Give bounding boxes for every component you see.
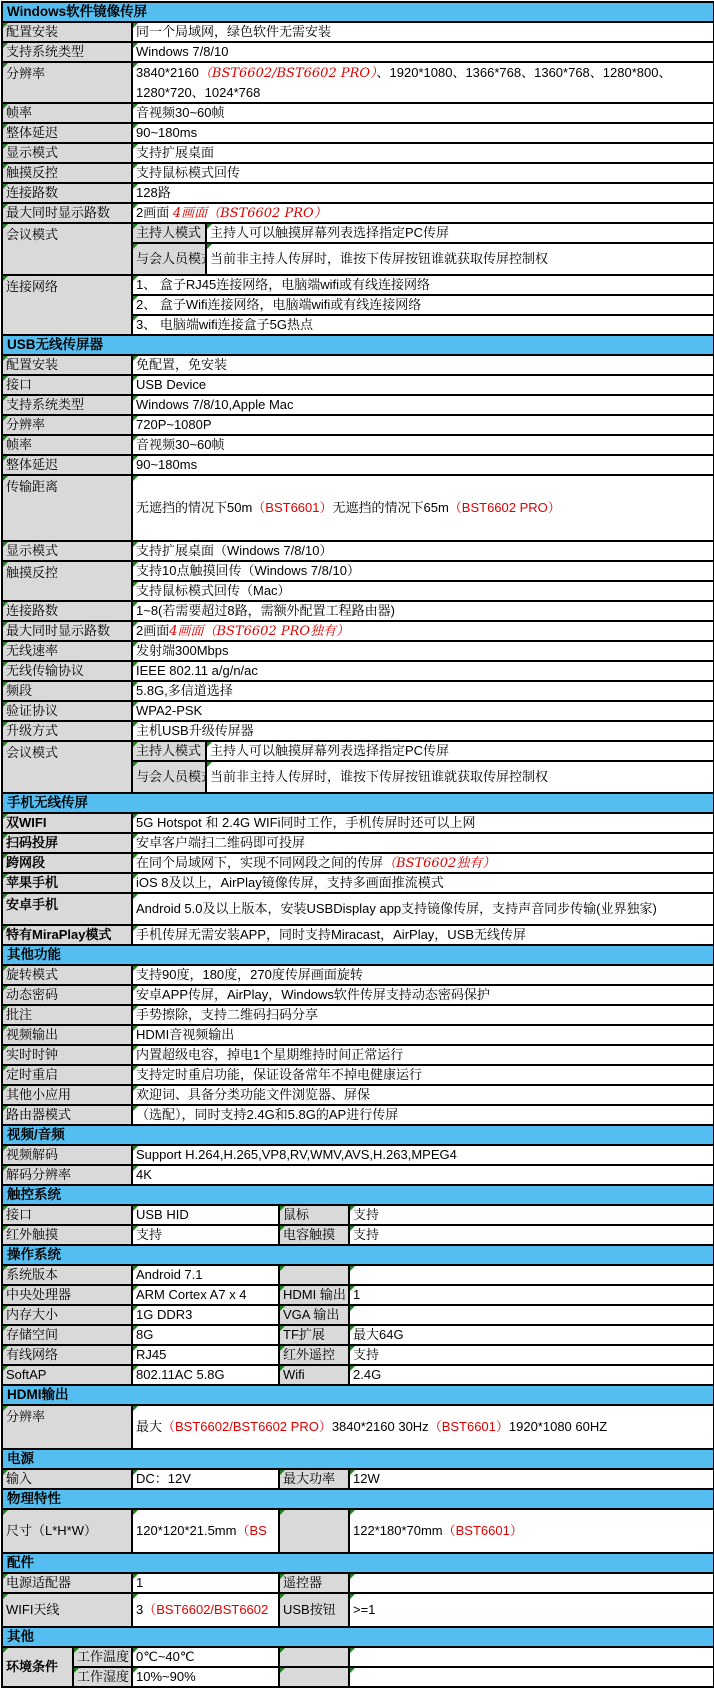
spec-row: 接口USB HID鼠标支持 bbox=[2, 1205, 714, 1225]
section-header-row: 其他 bbox=[2, 1627, 714, 1647]
cell-flag-icon bbox=[280, 1470, 285, 1475]
spec-row: 支持系统类型Windows 7/8/10 bbox=[2, 42, 714, 62]
cell-text: （BST6602 PRO） bbox=[449, 500, 561, 515]
cell-flag-icon bbox=[3, 702, 8, 707]
cell-text: Windows 7/8/10,Apple Mac bbox=[136, 397, 294, 412]
spec-value-cell: 主持人可以触摸屏幕列表选择指定PC传屏 bbox=[206, 741, 714, 761]
spec-label-cell: 路由器模式 bbox=[2, 1105, 132, 1125]
spec-row: 最大同时显示路数2画面 4画面（BST6602 PRO） bbox=[2, 203, 714, 223]
cell-text: 解码分辨率 bbox=[6, 1167, 71, 1182]
cell-flag-icon bbox=[3, 602, 8, 607]
spec-label-cell bbox=[279, 1265, 349, 1285]
cell-flag-icon bbox=[133, 874, 138, 879]
spec-label-cell: 实时时钟 bbox=[2, 1045, 132, 1065]
spec-label-cell: 电容触摸 bbox=[279, 1225, 349, 1245]
spec-value-cell: 手机传屏无需安装APP，同时支持Miracast，AirPlay，USB无线传屏 bbox=[132, 925, 714, 945]
cell-text: （BST6601） bbox=[443, 1523, 523, 1538]
spec-label-cell: 接口 bbox=[2, 375, 132, 395]
cell-flag-icon bbox=[133, 926, 138, 931]
spec-label-cell: 特有MiraPlay模式 bbox=[2, 925, 132, 945]
spec-label-cell: TF扩展 bbox=[279, 1325, 349, 1345]
cell-text: 鼠标 bbox=[283, 1207, 309, 1222]
cell-flag-icon bbox=[3, 124, 8, 129]
cell-text: （BS bbox=[236, 1523, 266, 1538]
cell-text: 旋转模式 bbox=[6, 967, 58, 982]
cell-flag-icon bbox=[133, 1286, 138, 1291]
cell-text: 1G DDR3 bbox=[136, 1307, 192, 1322]
cell-text: 会议模式 bbox=[6, 745, 58, 760]
cell-flag-icon bbox=[133, 1146, 138, 1151]
cell-flag-icon bbox=[133, 622, 138, 627]
cell-text: 在同个局域网下，实现不同网段之间的传屏 bbox=[136, 855, 383, 870]
spec-row: WIFI天线3（BST6602/BST6602USB按钮>=1 bbox=[2, 1593, 714, 1627]
cell-flag-icon bbox=[133, 834, 138, 839]
spec-label-cell: WIFI天线 bbox=[2, 1593, 132, 1627]
cell-text: 2.4G bbox=[353, 1367, 381, 1382]
spec-value-cell: 支持定时重启功能，保证设备常年不掉电健康运行 bbox=[132, 1065, 714, 1085]
spec-row: 配置安装同一个局域网，绿色软件无需安装 bbox=[2, 22, 714, 42]
spec-value-cell: 4K bbox=[132, 1165, 714, 1185]
spec-label-cell: 配置安装 bbox=[2, 355, 132, 375]
cell-text: 1、 盒子RJ45连接网络，电脑端wifi或有线连接网络 bbox=[136, 277, 430, 292]
cell-flag-icon bbox=[3, 1206, 8, 1211]
spec-value-cell: >=1 bbox=[349, 1593, 714, 1627]
cell-flag-icon bbox=[280, 1286, 285, 1291]
spec-label-cell: 连接路数 bbox=[2, 601, 132, 621]
cell-text: 1~8(若需要超过8路，需额外配置工程路由器) bbox=[136, 603, 395, 618]
cell-text: 输入 bbox=[6, 1471, 32, 1486]
cell-text: 系统版本 bbox=[6, 1267, 58, 1282]
spec-label-cell: 红外遥控 bbox=[279, 1345, 349, 1365]
cell-flag-icon bbox=[3, 1106, 8, 1111]
cell-flag-icon bbox=[3, 1286, 8, 1291]
cell-flag-icon bbox=[3, 1046, 8, 1051]
spec-label-cell: 双WIFI bbox=[2, 813, 132, 833]
cell-text: 无遮挡的情况下50m bbox=[136, 500, 252, 515]
spec-label-cell: 配置安装 bbox=[2, 22, 132, 42]
spec-row: 尺寸（L*H*W）120*120*21.5mm（BS122*180*70mm（B… bbox=[2, 1509, 714, 1553]
cell-flag-icon bbox=[133, 1066, 138, 1071]
cell-text: 苹果手机 bbox=[6, 875, 58, 890]
spec-value-cell: 122*180*70mm（BST6601） bbox=[349, 1509, 714, 1553]
cell-flag-icon bbox=[133, 562, 138, 567]
cell-text: 显示模式 bbox=[6, 543, 58, 558]
cell-flag-icon bbox=[133, 894, 138, 899]
spec-row: 接口USB Device bbox=[2, 375, 714, 395]
cell-flag-icon bbox=[280, 1206, 285, 1211]
cell-flag-icon bbox=[133, 854, 138, 859]
cell-text: 安卓手机 bbox=[6, 897, 58, 912]
cell-flag-icon bbox=[350, 1306, 355, 1311]
cell-flag-icon bbox=[3, 894, 8, 899]
cell-text: 遥控器 bbox=[283, 1575, 322, 1590]
section-header-row: 手机无线传屏 bbox=[2, 793, 714, 813]
spec-label-cell: 环境条件 bbox=[2, 1647, 73, 1687]
cell-flag-icon bbox=[133, 1206, 138, 1211]
spec-value-cell: 1 bbox=[132, 1573, 279, 1593]
spec-row: 解码分辨率4K bbox=[2, 1165, 714, 1185]
cell-text: iOS 8及以上，AirPlay镜像传屏，支持多画面推流模式 bbox=[136, 875, 444, 890]
cell-text: 安卓客户端扫二维码即可投屏 bbox=[136, 835, 305, 850]
spec-label-cell: 升级方式 bbox=[2, 721, 132, 741]
cell-text: 128路 bbox=[136, 185, 171, 200]
spec-label-cell: 扫码投屏 bbox=[2, 833, 132, 853]
cell-text: 120*120*21.5mm bbox=[136, 1523, 236, 1538]
cell-text: 802.11AC 5.8G bbox=[136, 1367, 225, 1382]
section: 视频/音频视频解码Support H.264,H.265,VP8,RV,WMV,… bbox=[2, 1125, 714, 1185]
spec-row: 工作湿度10%~90% bbox=[2, 1667, 714, 1687]
spec-value-cell: 12W bbox=[349, 1469, 714, 1489]
section: Windows软件镜像传屏配置安装同一个局域网，绿色软件无需安装支持系统类型Wi… bbox=[2, 2, 714, 335]
cell-text: 有线网络 bbox=[6, 1347, 58, 1362]
spec-value-cell: WPA2-PSK bbox=[132, 701, 714, 721]
spec-label-cell: 旋转模式 bbox=[2, 965, 132, 985]
cell-flag-icon bbox=[133, 1266, 138, 1271]
spec-row: 实时时钟内置超级电容，掉电1个星期维持时间正常运行 bbox=[2, 1045, 714, 1065]
spec-label-cell: 帧率 bbox=[2, 435, 132, 455]
cell-text: 发射端300Mbps bbox=[136, 643, 228, 658]
cell-text: 与会人员模式 bbox=[136, 251, 206, 266]
cell-text: 帧率 bbox=[6, 437, 32, 452]
cell-text: HDMI音视频输出 bbox=[136, 1027, 234, 1042]
spec-label-cell: 整体延迟 bbox=[2, 455, 132, 475]
cell-flag-icon bbox=[133, 582, 138, 587]
spec-label-cell: 输入 bbox=[2, 1469, 132, 1489]
spec-value-cell: 最大64G bbox=[349, 1325, 714, 1345]
cell-flag-icon bbox=[133, 542, 138, 547]
cell-text: 与会人员模式 bbox=[136, 769, 206, 784]
cell-text: USB按钮 bbox=[283, 1602, 336, 1617]
section-header-row: 物理特性 bbox=[2, 1489, 714, 1509]
cell-text: 2画面 bbox=[136, 623, 169, 638]
section-header-row: HDMI输出 bbox=[2, 1385, 714, 1405]
cell-text: 尺寸（L*H*W） bbox=[6, 1523, 97, 1538]
cell-flag-icon bbox=[3, 1306, 8, 1311]
spec-row: 整体延迟90~180ms bbox=[2, 123, 714, 143]
spec-value-cell: Android 5.0及以上版本，安装USBDisplay app支持镜像传屏，… bbox=[132, 893, 714, 925]
cell-flag-icon bbox=[3, 1026, 8, 1031]
cell-text: 支持鼠标模式回传（Mac） bbox=[136, 583, 291, 598]
spec-value-cell: 3、 电脑端wifi连接盒子5G热点 bbox=[132, 315, 714, 335]
cell-text: 动态密码 bbox=[6, 987, 58, 1002]
cell-flag-icon bbox=[3, 43, 8, 48]
section-header: 物理特性 bbox=[2, 1489, 714, 1509]
spec-label-cell: 会议模式 bbox=[2, 741, 132, 793]
cell-text: 12W bbox=[353, 1471, 380, 1486]
cell-text: 5G Hotspot 和 2.4G WIFi同时工作，手机传屏时还可以上网 bbox=[136, 815, 476, 830]
cell-flag-icon bbox=[133, 376, 138, 381]
cell-flag-icon bbox=[133, 244, 138, 249]
cell-text: 双WIFI bbox=[6, 815, 46, 830]
spec-label-cell: 批注 bbox=[2, 1005, 132, 1025]
cell-text: 主持人模式 bbox=[136, 743, 201, 758]
cell-text: 8G bbox=[136, 1327, 153, 1342]
spec-value-cell: RJ45 bbox=[132, 1345, 279, 1365]
spec-value-cell: 支持扩展桌面 bbox=[132, 143, 714, 163]
cell-text: 最大 bbox=[136, 1419, 162, 1434]
section-header-row: 电源 bbox=[2, 1449, 714, 1469]
cell-flag-icon bbox=[3, 476, 8, 481]
cell-text: 支持鼠标模式回传 bbox=[136, 165, 240, 180]
section-header: 视频/音频 bbox=[2, 1125, 714, 1145]
cell-flag-icon bbox=[3, 1406, 8, 1411]
spec-row: 频段5.8G,多信道选择 bbox=[2, 681, 714, 701]
spec-label-cell: 系统版本 bbox=[2, 1265, 132, 1285]
section: 其他环境条件工作温度0℃~40℃工作湿度10%~90% bbox=[2, 1627, 714, 1687]
cell-flag-icon bbox=[3, 854, 8, 859]
cell-flag-icon bbox=[3, 1066, 8, 1071]
spec-value-cell: 当前非主持人传屏时，谁按下传屏按钮谁就获取传屏控制权 bbox=[206, 243, 714, 275]
spec-row: 扫码投屏安卓客户端扫二维码即可投屏 bbox=[2, 833, 714, 853]
spec-row: 分辨率720P~1080P bbox=[2, 415, 714, 435]
cell-text: 配置安装 bbox=[6, 24, 58, 39]
cell-text: DC：12V bbox=[136, 1471, 191, 1486]
cell-flag-icon bbox=[133, 104, 138, 109]
section: 触控系统接口USB HID鼠标支持红外触摸支持电容触摸支持 bbox=[2, 1185, 714, 1245]
spec-label-cell: 验证协议 bbox=[2, 701, 132, 721]
cell-text: 电容触摸 bbox=[283, 1227, 335, 1242]
spec-value-cell: 1、 盒子RJ45连接网络，电脑端wifi或有线连接网络 bbox=[132, 275, 714, 295]
cell-flag-icon bbox=[133, 1574, 138, 1579]
section: 物理特性尺寸（L*H*W）120*120*21.5mm（BS122*180*70… bbox=[2, 1489, 714, 1553]
spec-value-cell: 1G DDR3 bbox=[132, 1305, 279, 1325]
spec-value-cell: 免配置，免安装 bbox=[132, 355, 714, 375]
cell-flag-icon bbox=[3, 642, 8, 647]
cell-flag-icon bbox=[133, 1346, 138, 1351]
spec-value-cell: 90~180ms bbox=[132, 123, 714, 143]
cell-flag-icon bbox=[207, 244, 212, 249]
cell-flag-icon bbox=[350, 1366, 355, 1371]
cell-text: 2、 盒子Wifi连接网络，电脑端wifi或有线连接网络 bbox=[136, 297, 421, 312]
cell-text: 整体延迟 bbox=[6, 125, 58, 140]
section-header: 手机无线传屏 bbox=[2, 793, 714, 813]
cell-flag-icon bbox=[133, 436, 138, 441]
spec-value-cell: HDMI音视频输出 bbox=[132, 1025, 714, 1045]
spec-value-cell: 无遮挡的情况下50m（BST6601）无遮挡的情况下65m（BST6602 PR… bbox=[132, 475, 714, 541]
spec-value-cell: 2画面4画面（BST6602 PRO独有） bbox=[132, 621, 714, 641]
spec-row: 分辨率3840*2160（BST6602/BST6602 PRO）、1920*1… bbox=[2, 62, 714, 103]
cell-flag-icon bbox=[280, 1574, 285, 1579]
cell-text: 连接路数 bbox=[6, 603, 58, 618]
spec-row: 连接路数128路 bbox=[2, 183, 714, 203]
spec-value-cell: IEEE 802.11 a/g/n/ac bbox=[132, 661, 714, 681]
cell-text: （BST6602/BST6602 PRO） bbox=[162, 1419, 332, 1434]
cell-text: 连接网络 bbox=[6, 279, 58, 294]
cell-flag-icon bbox=[3, 1470, 8, 1475]
cell-flag-icon bbox=[350, 1266, 355, 1271]
cell-flag-icon bbox=[3, 144, 8, 149]
cell-flag-icon bbox=[350, 1574, 355, 1579]
cell-flag-icon bbox=[350, 1510, 355, 1515]
spec-label-cell: 主持人模式 bbox=[132, 223, 206, 243]
cell-text: 10%~90% bbox=[136, 1669, 196, 1684]
spec-label-cell: 帧率 bbox=[2, 103, 132, 123]
cell-text: IEEE 802.11 a/g/n/ac bbox=[136, 663, 258, 678]
spec-row: 连接路数1~8(若需要超过8路，需额外配置工程路由器) bbox=[2, 601, 714, 621]
cell-text: SoftAP bbox=[6, 1367, 46, 1382]
cell-flag-icon bbox=[133, 662, 138, 667]
spec-row: 安卓手机Android 5.0及以上版本，安装USBDisplay app支持镜… bbox=[2, 893, 714, 925]
cell-flag-icon bbox=[280, 1648, 285, 1653]
spec-label-cell: HDMI 输出 bbox=[279, 1285, 349, 1305]
spec-label-cell: 视频解码 bbox=[2, 1145, 132, 1165]
cell-text: 路由器模式 bbox=[6, 1107, 71, 1122]
spec-label-cell: 安卓手机 bbox=[2, 893, 132, 925]
spec-label-cell: 触摸反控 bbox=[2, 163, 132, 183]
cell-text: 主持人模式 bbox=[136, 225, 201, 240]
cell-flag-icon bbox=[133, 762, 138, 767]
cell-flag-icon bbox=[133, 204, 138, 209]
cell-flag-icon bbox=[3, 63, 8, 68]
spec-value-cell: 10%~90% bbox=[132, 1667, 279, 1687]
cell-text: 环境条件 bbox=[6, 1659, 58, 1674]
cell-flag-icon bbox=[3, 834, 8, 839]
cell-text: 720P~1080P bbox=[136, 417, 212, 432]
spec-row: 旋转模式支持90度，180度，270度传屏画面旋转 bbox=[2, 965, 714, 985]
cell-flag-icon bbox=[3, 1366, 8, 1371]
cell-flag-icon bbox=[133, 63, 138, 68]
spec-label-cell: 频段 bbox=[2, 681, 132, 701]
cell-text: 验证协议 bbox=[6, 703, 58, 718]
spec-value-cell: 在同个局域网下，实现不同网段之间的传屏（BST6602独有） bbox=[132, 853, 714, 873]
cell-flag-icon bbox=[133, 316, 138, 321]
cell-flag-icon bbox=[280, 1594, 285, 1599]
spec-label-cell: 工作湿度 bbox=[73, 1667, 132, 1687]
cell-flag-icon bbox=[3, 966, 8, 971]
cell-text: 传输距离 bbox=[6, 479, 58, 494]
spec-label-cell: 无线传输协议 bbox=[2, 661, 132, 681]
section-header: 其他功能 bbox=[2, 945, 714, 965]
cell-text: 中央处理器 bbox=[6, 1287, 71, 1302]
spec-value-cell: 发射端300Mbps bbox=[132, 641, 714, 661]
cell-flag-icon bbox=[74, 1648, 79, 1653]
spec-value-cell bbox=[349, 1305, 714, 1325]
cell-flag-icon bbox=[133, 23, 138, 28]
cell-text: >=1 bbox=[353, 1602, 375, 1617]
spec-label-cell: 工作温度 bbox=[73, 1647, 132, 1667]
spec-value-cell: 最大（BST6602/BST6602 PRO）3840*2160 30Hz（BS… bbox=[132, 1405, 714, 1449]
spec-label-cell bbox=[279, 1647, 349, 1667]
cell-flag-icon bbox=[3, 436, 8, 441]
section: USB无线传屏器配置安装免配置，免安装接口USB Device支持系统类型Win… bbox=[2, 335, 714, 793]
spec-row: 跨网段在同个局域网下，实现不同网段之间的传屏（BST6602独有） bbox=[2, 853, 714, 873]
cell-text: USB HID bbox=[136, 1207, 189, 1222]
cell-text: 最大64G bbox=[353, 1327, 404, 1342]
cell-text: 配置安装 bbox=[6, 357, 58, 372]
spec-label-cell: 红外触摸 bbox=[2, 1225, 132, 1245]
spec-label-cell: 最大同时显示路数 bbox=[2, 621, 132, 641]
section-header-row: Windows软件镜像传屏 bbox=[2, 2, 714, 22]
spec-value-cell: ARM Cortex A7 x 4 bbox=[132, 1285, 279, 1305]
spec-value-cell: 当前非主持人传屏时，谁按下传屏按钮谁就获取传屏控制权 bbox=[206, 761, 714, 793]
cell-flag-icon bbox=[350, 1594, 355, 1599]
cell-flag-icon bbox=[133, 416, 138, 421]
spec-label-cell: 最大功率 bbox=[279, 1469, 349, 1489]
cell-flag-icon bbox=[3, 184, 8, 189]
spec-value-cell: 8G bbox=[132, 1325, 279, 1345]
cell-flag-icon bbox=[3, 926, 8, 931]
spec-row: 连接网络1、 盒子RJ45连接网络，电脑端wifi或有线连接网络 bbox=[2, 275, 714, 295]
section-header-row: USB无线传屏器 bbox=[2, 335, 714, 355]
cell-flag-icon bbox=[3, 1594, 8, 1599]
cell-flag-icon bbox=[133, 642, 138, 647]
cell-text: 2画面 bbox=[136, 205, 173, 220]
spec-label-cell: 定时重启 bbox=[2, 1065, 132, 1085]
cell-text: 整体延迟 bbox=[6, 457, 58, 472]
spec-label-cell: 触摸反控 bbox=[2, 561, 132, 601]
spec-label-cell: 显示模式 bbox=[2, 541, 132, 561]
spec-value-cell: 720P~1080P bbox=[132, 415, 714, 435]
cell-text: 5.8G,多信道选择 bbox=[136, 683, 233, 698]
spec-label-cell: 支持系统类型 bbox=[2, 395, 132, 415]
section-header: 触控系统 bbox=[2, 1185, 714, 1205]
cell-flag-icon bbox=[133, 1226, 138, 1231]
cell-flag-icon bbox=[350, 1648, 355, 1653]
spec-value-cell bbox=[349, 1647, 714, 1667]
cell-flag-icon bbox=[3, 1086, 8, 1091]
cell-flag-icon bbox=[133, 1166, 138, 1171]
cell-text: 支持扩展桌面（Windows 7/8/10） bbox=[136, 543, 333, 558]
cell-text: 4画面（BST6602 PRO） bbox=[173, 206, 327, 221]
spec-sheet: { "colors": { "header_bg": "#55BEF0", "l… bbox=[0, 1, 714, 1688]
cell-flag-icon bbox=[3, 1510, 8, 1515]
spec-row: 整体延迟90~180ms bbox=[2, 455, 714, 475]
cell-flag-icon bbox=[350, 1668, 355, 1673]
spec-label-cell: 与会人员模式 bbox=[132, 243, 206, 275]
cell-flag-icon bbox=[133, 1648, 138, 1653]
cell-text: 支持系统类型 bbox=[6, 44, 84, 59]
spec-value-cell: 3840*2160（BST6602/BST6602 PRO）、1920*1080… bbox=[132, 62, 714, 103]
spec-label-cell: 显示模式 bbox=[2, 143, 132, 163]
cell-flag-icon bbox=[280, 1226, 285, 1231]
cell-text: 帧率 bbox=[6, 105, 32, 120]
cell-flag-icon bbox=[350, 1206, 355, 1211]
cell-flag-icon bbox=[133, 986, 138, 991]
cell-text: 支持扩展桌面 bbox=[136, 145, 214, 160]
cell-text: 欢迎词、具备分类功能文件浏览器、屏保 bbox=[136, 1087, 370, 1102]
cell-text: 手势擦除，支持二维码扫码分享 bbox=[136, 1007, 318, 1022]
cell-flag-icon bbox=[350, 1286, 355, 1291]
section: HDMI输出分辨率最大（BST6602/BST6602 PRO）3840*216… bbox=[2, 1385, 714, 1449]
spec-value-cell: Windows 7/8/10 bbox=[132, 42, 714, 62]
cell-text: 支持系统类型 bbox=[6, 397, 84, 412]
cell-flag-icon bbox=[280, 1510, 285, 1515]
spec-label-cell: 视频输出 bbox=[2, 1025, 132, 1045]
spec-row: 显示模式支持扩展桌面 bbox=[2, 143, 714, 163]
spec-row: 视频输出HDMI音视频输出 bbox=[2, 1025, 714, 1045]
spec-label-cell: 内存大小 bbox=[2, 1305, 132, 1325]
cell-flag-icon bbox=[350, 1326, 355, 1331]
spec-label-cell: Wifi bbox=[279, 1365, 349, 1385]
cell-text: 电源适配器 bbox=[6, 1575, 71, 1590]
cell-text: 触摸反控 bbox=[6, 565, 58, 580]
cell-flag-icon bbox=[350, 1226, 355, 1231]
spec-label-cell: 尺寸（L*H*W） bbox=[2, 1509, 132, 1553]
spec-row: 帧率音视频30~60帧 bbox=[2, 435, 714, 455]
section: 手机无线传屏双WIFI5G Hotspot 和 2.4G WIFi同时工作，手机… bbox=[2, 793, 714, 945]
cell-flag-icon bbox=[133, 456, 138, 461]
spec-label-cell: 支持系统类型 bbox=[2, 42, 132, 62]
cell-flag-icon bbox=[350, 1346, 355, 1351]
cell-text: 支持 bbox=[136, 1227, 162, 1242]
cell-text: HDMI 输出 bbox=[283, 1287, 346, 1302]
cell-text: Wifi bbox=[283, 1367, 305, 1382]
cell-flag-icon bbox=[133, 1086, 138, 1091]
cell-flag-icon bbox=[3, 562, 8, 567]
spec-row: 最大同时显示路数2画面4画面（BST6602 PRO独有） bbox=[2, 621, 714, 641]
section-header: 电源 bbox=[2, 1449, 714, 1469]
section-header: 其他 bbox=[2, 1627, 714, 1647]
